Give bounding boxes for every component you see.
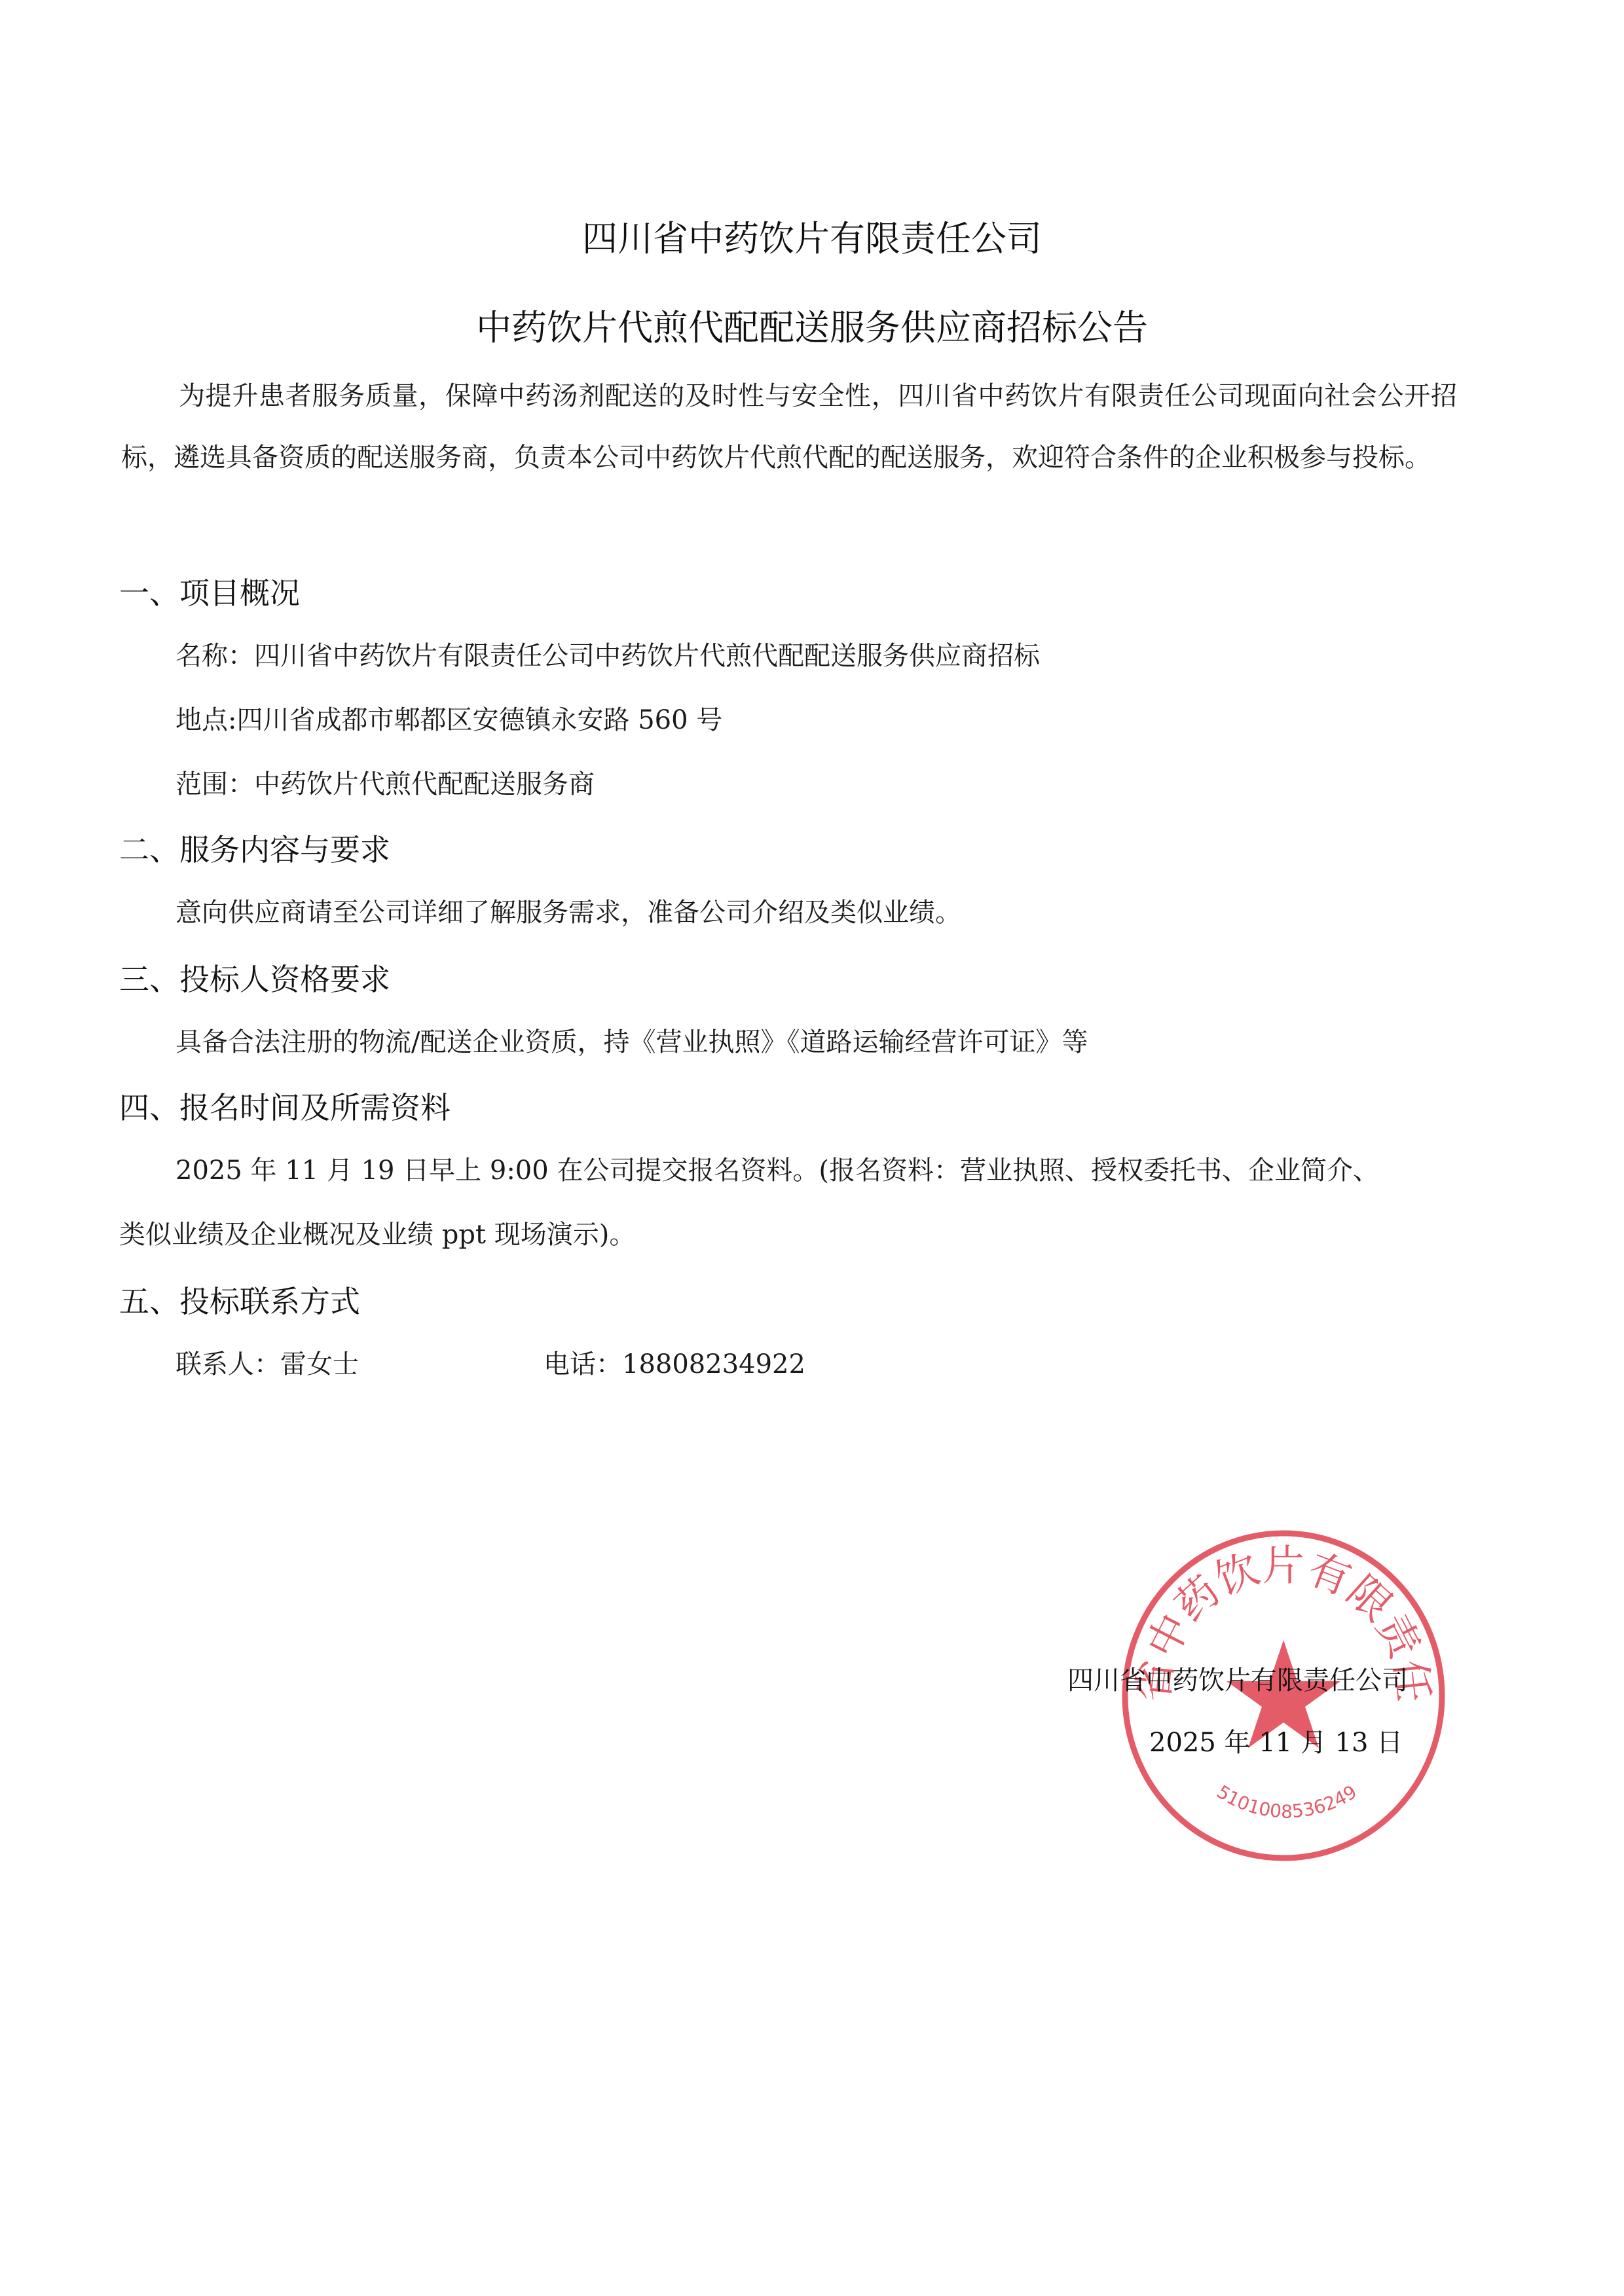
registration-time: 2025 年 11 月 19 日早上 9:00 在公司提交报名资料。(报名资料：…	[175, 1150, 1379, 1187]
section-heading-4: 四、报名时间及所需资料	[119, 1084, 451, 1127]
section-heading-2: 二、服务内容与要求	[119, 826, 390, 869]
intro-paragraph: 为提升患者服务质量，保障中药汤剂配送的及时性与安全性，四川省中药饮片有限责任公司…	[121, 365, 1457, 488]
contact-phone: 电话：18808234922	[544, 1343, 805, 1381]
svg-text:5101008536249: 5101008536249	[1213, 1781, 1361, 1822]
registration-materials: 类似业绩及企业概况及业绩 ppt 现场演示)。	[119, 1214, 635, 1251]
section-heading-3: 三、投标人资格要求	[119, 956, 390, 999]
company-title: 四川省中药饮片有限责任公司	[0, 211, 1624, 261]
notice-title: 中药饮片代煎代配配送服务供应商招标公告	[0, 300, 1624, 350]
project-location: 地点:四川省成都市郫都区安德镇永安路 560 号	[175, 699, 722, 737]
section-heading-1: 一、项目概况	[119, 570, 300, 613]
section-heading-5: 五、投标联系方式	[119, 1278, 360, 1321]
signature-date: 2025 年 11 月 13 日	[1149, 1722, 1403, 1759]
project-scope: 范围：中药饮片代煎代配配送服务商	[175, 763, 595, 801]
service-requirements: 意向供应商请至公司详细了解服务需求，准备公司介绍及类似业绩。	[175, 892, 961, 929]
bidder-qualification: 具备合法注册的物流/配送企业资质，持《营业执照》《道路运输经营许可证》等	[175, 1021, 1088, 1059]
signature-company: 四川省中药饮片有限责任公司	[1067, 1660, 1408, 1697]
project-name: 名称：四川省中药饮片有限责任公司中药饮片代煎代配配送服务供应商招标	[175, 635, 1040, 672]
contact-person: 联系人：雷女士	[175, 1343, 359, 1381]
